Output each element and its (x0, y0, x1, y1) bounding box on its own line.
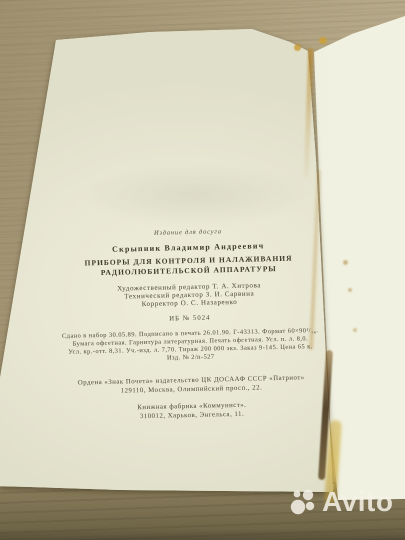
avito-wordmark: Avito (322, 487, 393, 517)
staff-credits: Художественный редактор Т. А. Хитрова Те… (29, 279, 349, 310)
avito-watermark: Avito (289, 487, 393, 517)
stain-spot (353, 328, 357, 332)
ink-showthrough (80, 165, 310, 225)
publisher-block: Ордена «Знак Почета» издательство ЦК ДОС… (31, 373, 351, 397)
imprint-block: Сдано в набор 30.05.89. Подписано в печа… (30, 326, 351, 365)
book-title: ПРИБОРЫ ДЛЯ КОНТРОЛЯ И НАЛАЖИВАНИЯ РАДИО… (38, 253, 338, 280)
ib-number: ИБ № 5024 (30, 311, 350, 325)
colophon-text-block: Издание для досуга Скрыпник Владимир Анд… (28, 225, 352, 423)
book-photo: Издание для досуга Скрыпник Владимир Анд… (0, 0, 405, 540)
avito-logo-icon (289, 487, 319, 517)
stain-spot (294, 44, 301, 51)
stain-spot (319, 37, 327, 44)
